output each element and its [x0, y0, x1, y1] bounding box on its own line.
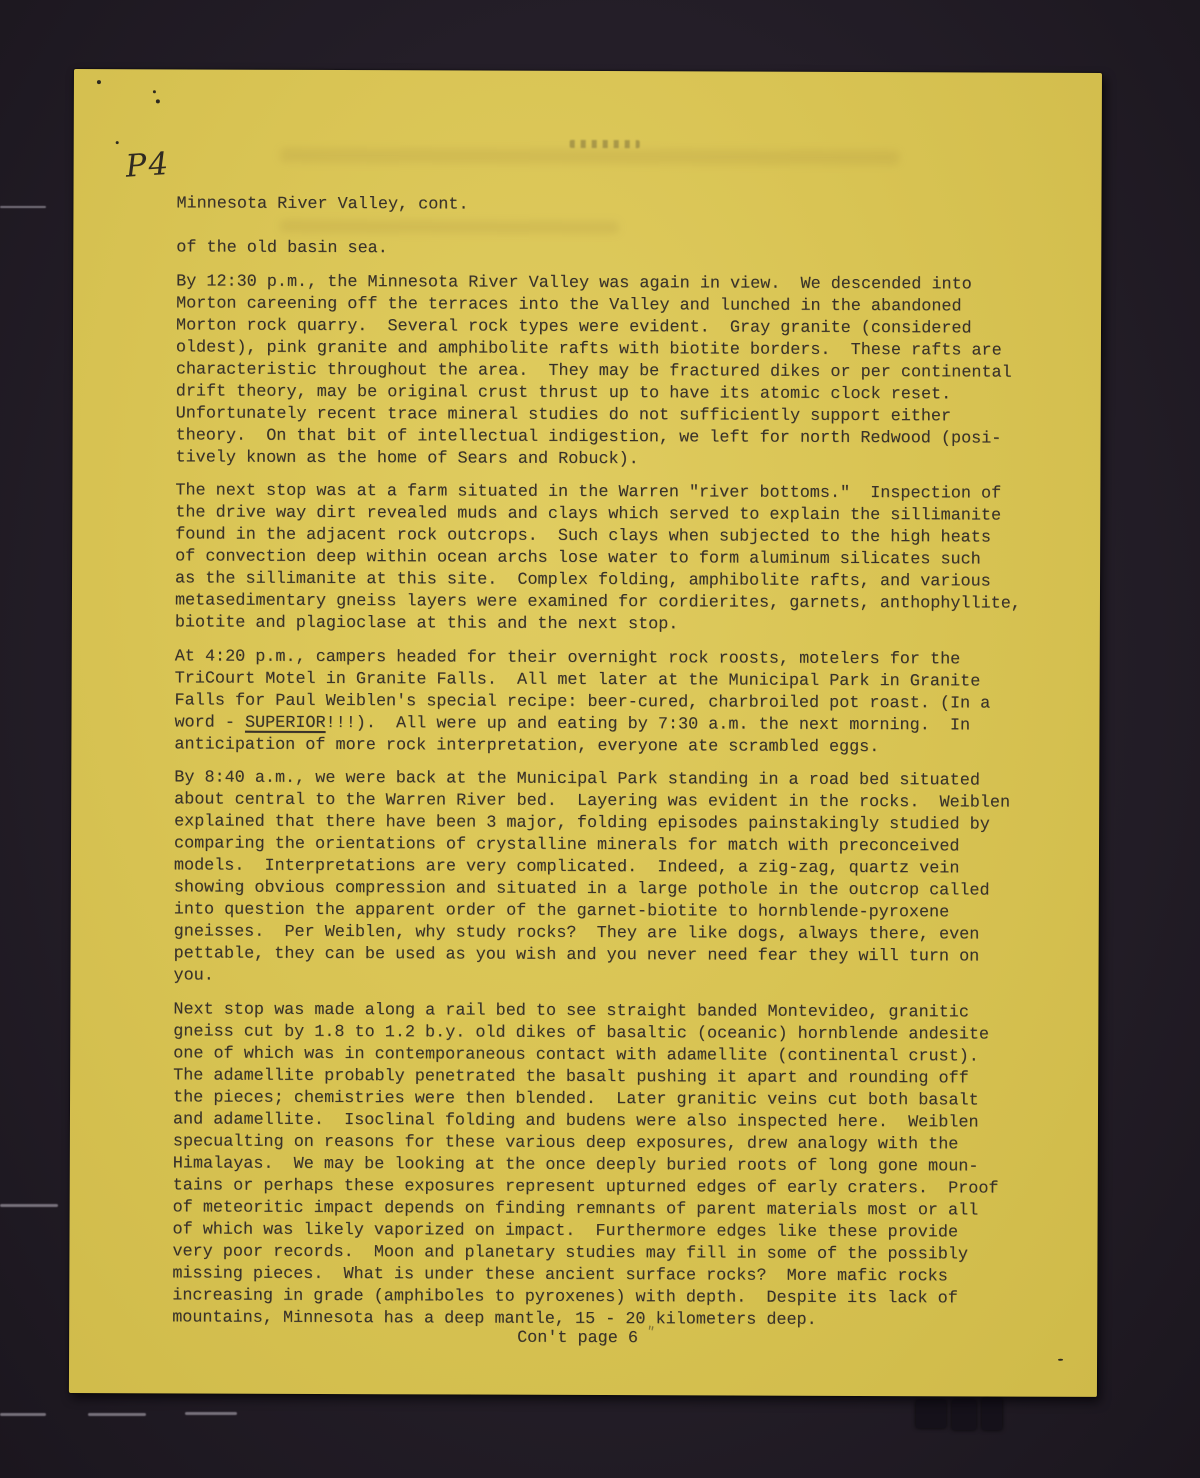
film-scratch — [88, 1413, 146, 1416]
underlined-word: SUPERIOR — [245, 713, 326, 732]
film-scratch — [185, 1412, 237, 1415]
paragraph-5: Next stop was made along a rail bed to s… — [172, 999, 1078, 1332]
paragraph-3: At 4:20 p.m., campers headed for their o… — [174, 646, 1079, 759]
continuation-text: Con't page 6 — [517, 1329, 638, 1348]
film-scratch — [0, 1413, 46, 1416]
paragraph-1: By 12:30 p.m., the Minnesota River Valle… — [175, 271, 1081, 472]
film-tab-mark — [916, 1400, 946, 1428]
film-tab-mark — [982, 1398, 1002, 1430]
paragraph-4: By 8:40 a.m., we were back at the Munici… — [173, 767, 1079, 990]
film-scratch — [0, 206, 46, 208]
film-tab-mark — [952, 1400, 976, 1430]
document-title: Minnesota River Valley, cont. — [176, 193, 1081, 218]
document-subtitle: of the old basin sea. — [176, 237, 1081, 262]
photo-background: P4 Minnesota River Valley, cont. of the … — [0, 0, 1200, 1478]
continuation-note: Con't page 6″ — [517, 1328, 1077, 1352]
typewritten-text-block: Minnesota River Valley, cont. of the old… — [69, 69, 1102, 1352]
film-scratch — [0, 1204, 58, 1207]
document-page: P4 Minnesota River Valley, cont. of the … — [69, 69, 1102, 1397]
paragraph-2: The next stop was at a farm situated in … — [175, 480, 1081, 637]
ink-speck — [1058, 1359, 1063, 1361]
